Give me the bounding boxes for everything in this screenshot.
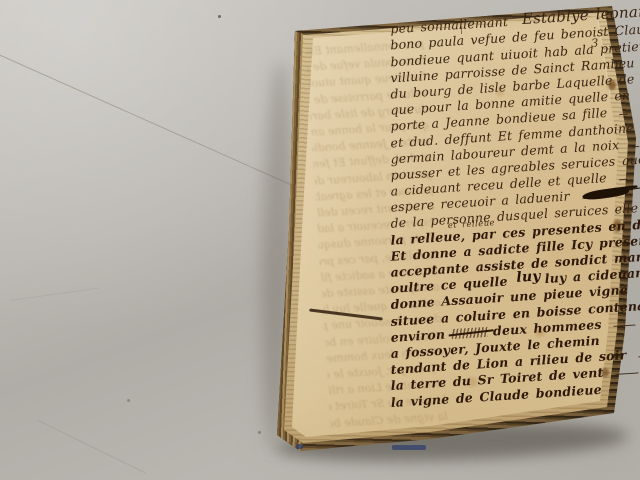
line-filler-dash bbox=[614, 324, 636, 326]
handwritten-text-block: peu sonnallemantEstablye leonardebono pa… bbox=[300, 6, 640, 435]
page-number: 3 bbox=[591, 36, 599, 50]
header-cross-mark: † bbox=[459, 25, 465, 36]
table-scratch bbox=[38, 420, 146, 474]
blue-mat-sliver bbox=[296, 444, 303, 449]
struck-out-word bbox=[452, 327, 489, 339]
line-filler-dash bbox=[616, 373, 639, 375]
table-scratch bbox=[0, 52, 295, 187]
ink-blot bbox=[582, 186, 629, 201]
line-filler-dash bbox=[619, 179, 627, 181]
line-text: luy bbox=[516, 269, 541, 286]
table-speck bbox=[258, 431, 261, 434]
table-scratch bbox=[10, 287, 99, 301]
photo-of-manuscript: peu sonnallemant Establye leonardebono p… bbox=[0, 0, 640, 480]
table-speck bbox=[218, 15, 221, 18]
blue-mat-sliver bbox=[392, 445, 426, 450]
table-speck bbox=[127, 399, 130, 402]
